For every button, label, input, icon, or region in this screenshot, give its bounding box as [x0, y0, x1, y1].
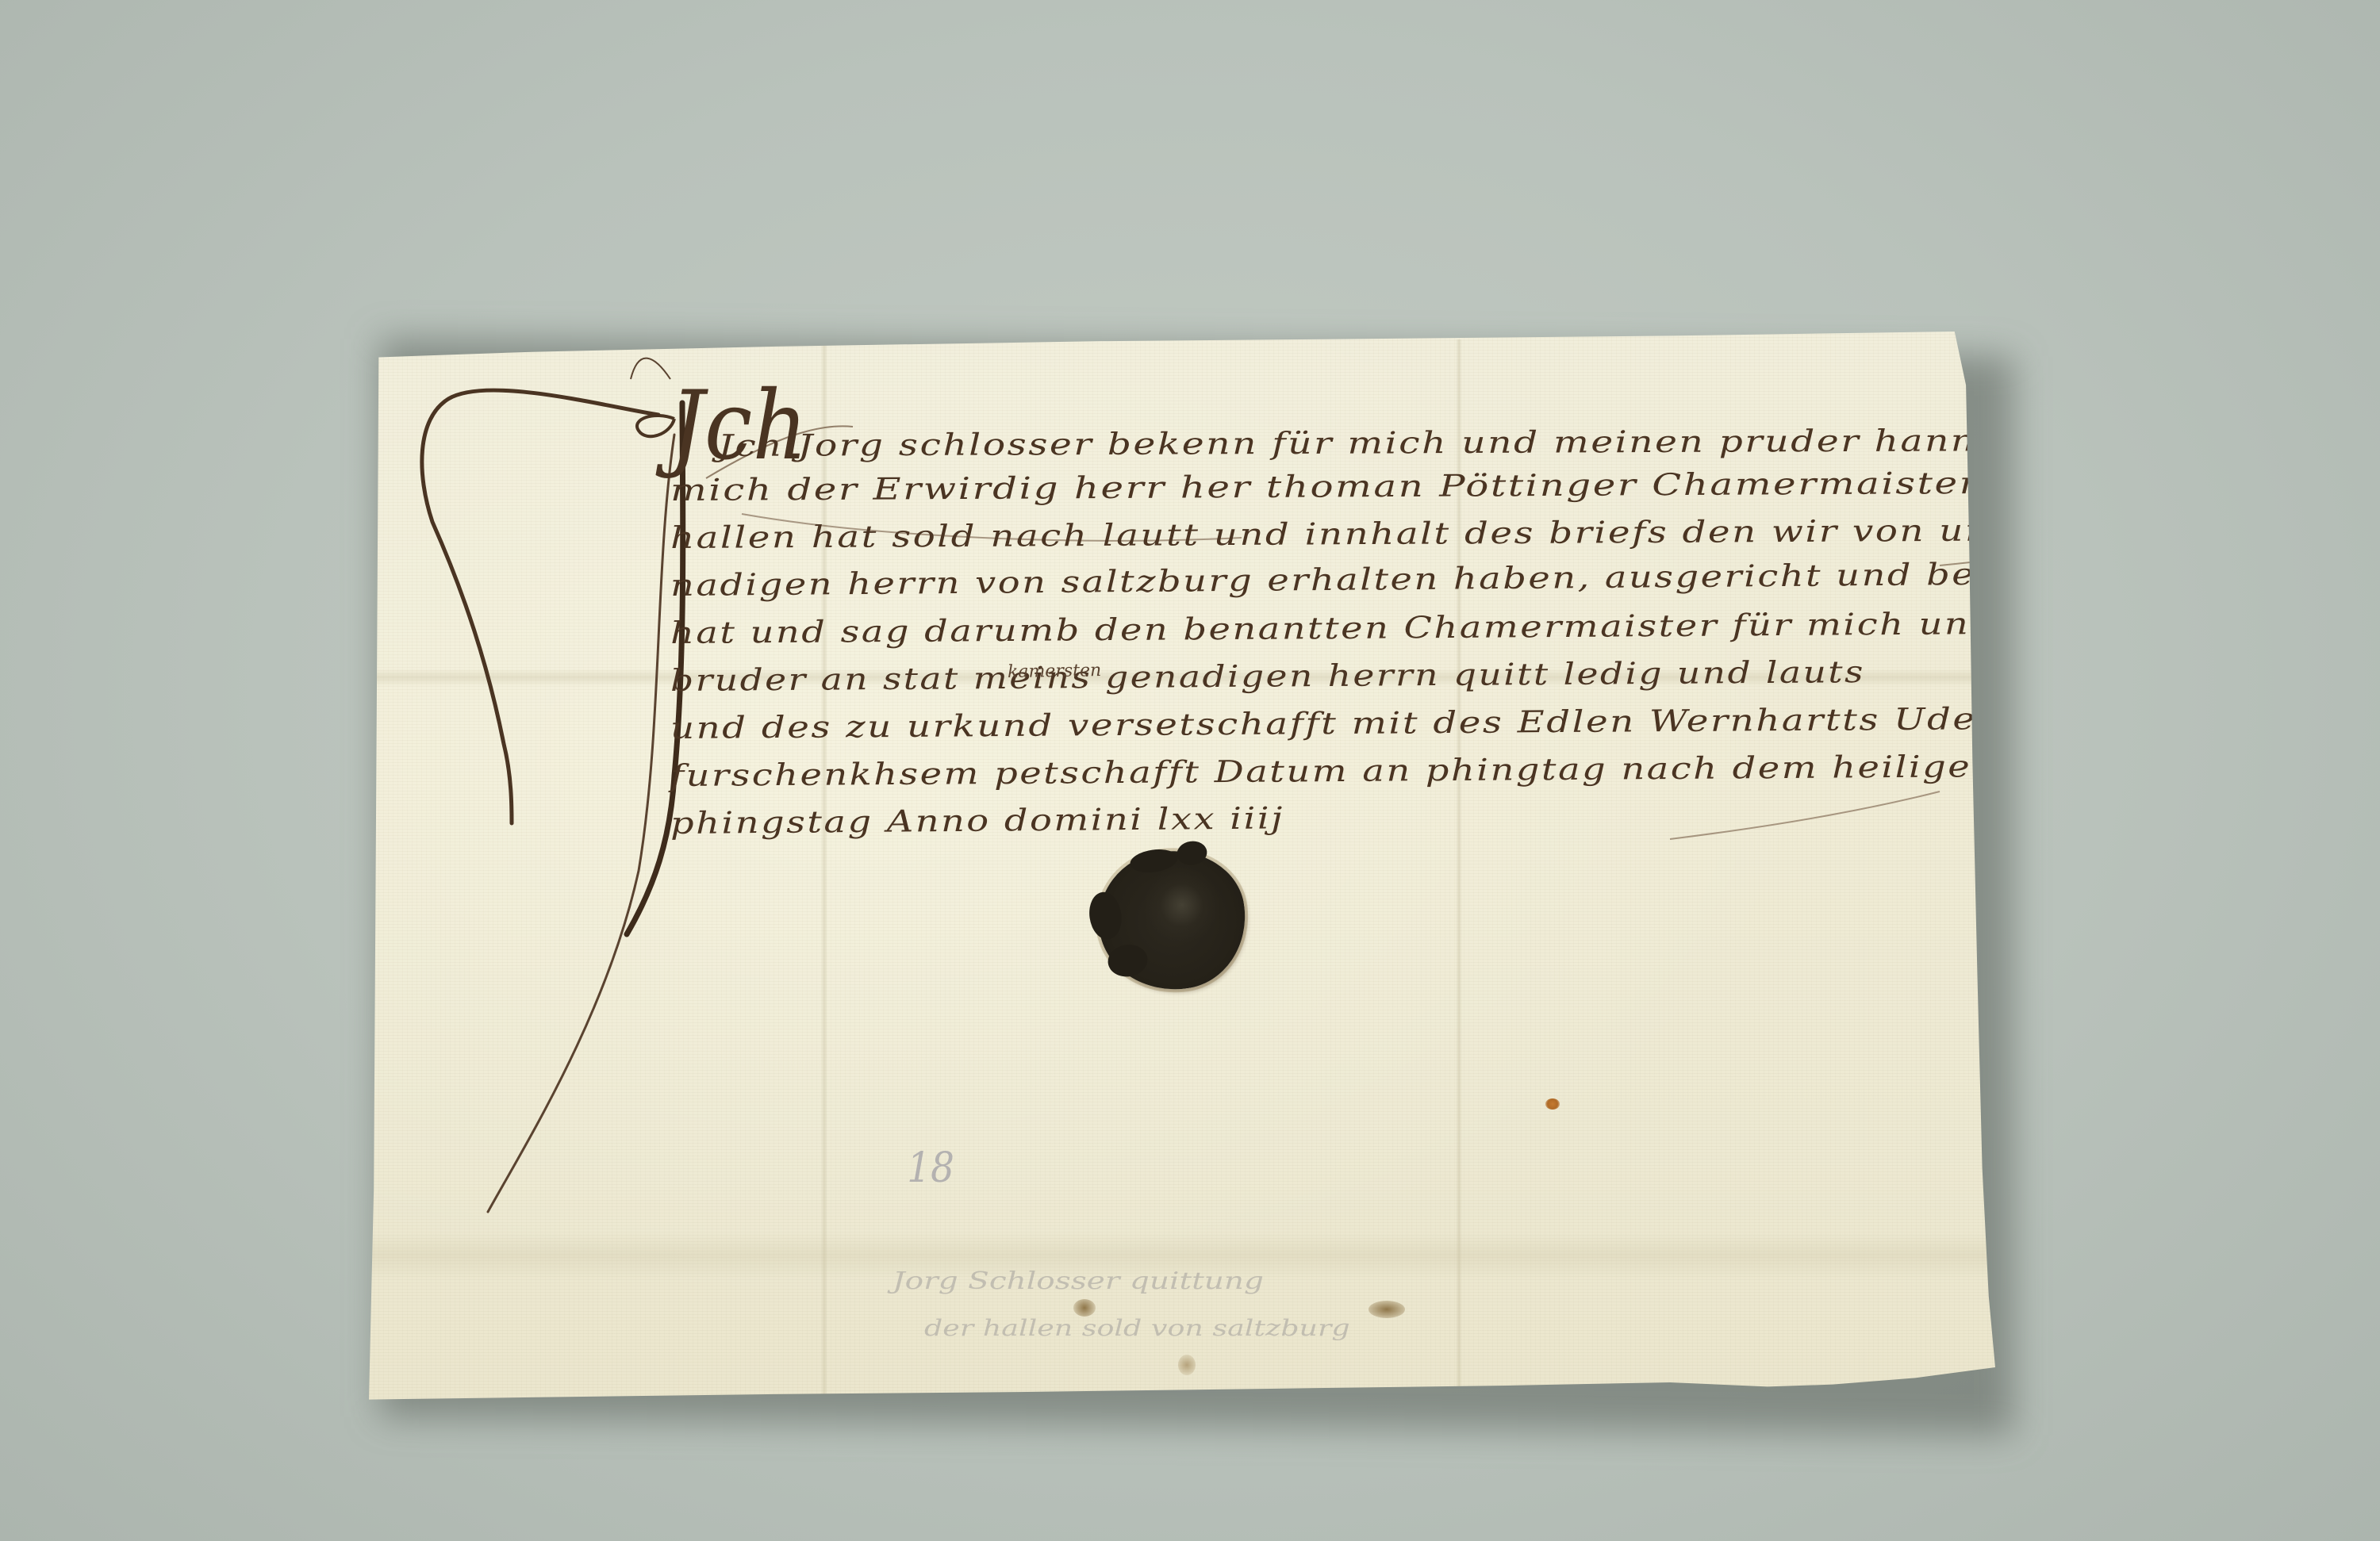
fold-line-horizontal-lower: [369, 1232, 1987, 1279]
verso-ink-blot: [1178, 1355, 1196, 1375]
ink-spot: [1545, 1098, 1560, 1110]
interlinear-insertion: kamersten: [1008, 661, 1102, 682]
charter-paper: Jch Jch Jorg schlosser bekenn für mich u…: [369, 332, 1995, 1404]
verso-ink-blot: [1073, 1299, 1096, 1317]
verso-number: 18: [907, 1144, 954, 1192]
verso-ink-blot: [1368, 1301, 1405, 1318]
charter-text-block: Jch Jorg schlosser bekenn für mich und m…: [670, 419, 1971, 847]
